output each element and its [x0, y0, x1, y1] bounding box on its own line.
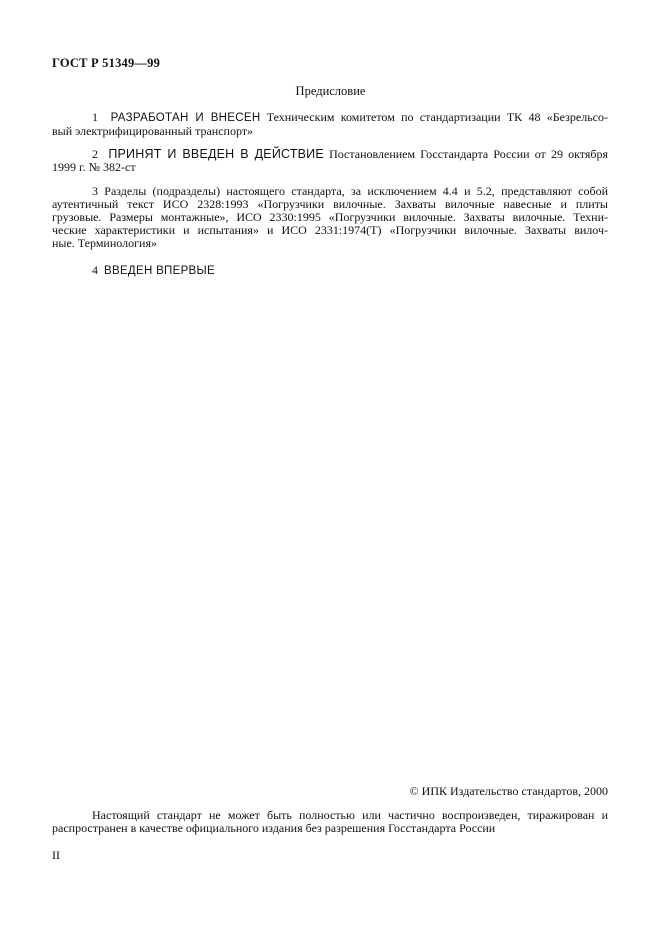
paragraph-line: 1 РАЗРАБОТАН И ВНЕСЕН Техническим комите… — [52, 111, 608, 125]
paragraph-caps-heading: ПРИНЯТ И ВВЕДЕН В ДЕЙСТВИЕ — [108, 147, 324, 161]
paragraph-text: Постановлением Госстандарта России от 29… — [324, 147, 608, 161]
paragraph-text: Разделы (подразделы) настоящего стандарт… — [98, 184, 608, 198]
paragraph-3: 3 Разделы (подразделы) настоящего станда… — [52, 185, 608, 250]
paragraph-text: Техническим комитетом по стандартизации … — [260, 110, 608, 124]
document-code-header: ГОСТ Р 51349—99 — [52, 56, 160, 71]
paragraph-line: ные. Терминология» — [52, 237, 608, 250]
notice-line: распространен в качестве официального из… — [52, 822, 608, 835]
paragraph-1: 1 РАЗРАБОТАН И ВНЕСЕН Техническим комите… — [52, 111, 608, 138]
paragraph-caps-heading: РАЗРАБОТАН И ВНЕСЕН — [111, 112, 261, 124]
paragraph-4: 4 ВВЕДЕН ВПЕРВЫЕ — [52, 264, 608, 278]
reproduction-notice: Настоящий стандарт не может быть полност… — [52, 809, 608, 835]
page-number: II — [52, 848, 60, 863]
paragraph-number: 1 — [92, 110, 98, 124]
copyright-notice: © ИПК Издательство стандартов, 2000 — [410, 784, 608, 799]
paragraph-line: 1999 г. № 382-ст — [52, 161, 608, 174]
paragraph-caps-heading: ВВЕДЕН ВПЕРВЫЕ — [104, 265, 215, 277]
paragraph-number: 2 — [92, 147, 98, 161]
paragraph-2: 2 ПРИНЯТ И ВВЕДЕН В ДЕЙСТВИЕ Постановлен… — [52, 148, 608, 174]
document-page: ГОСТ Р 51349—99 Предисловие 1 РАЗРАБОТАН… — [0, 0, 661, 935]
paragraph-number: 4 — [92, 263, 98, 277]
paragraph-line: вый электрифицированный транспорт» — [52, 125, 608, 138]
paragraph-line: 4 ВВЕДЕН ВПЕРВЫЕ — [52, 264, 608, 278]
section-title: Предисловие — [0, 84, 661, 99]
